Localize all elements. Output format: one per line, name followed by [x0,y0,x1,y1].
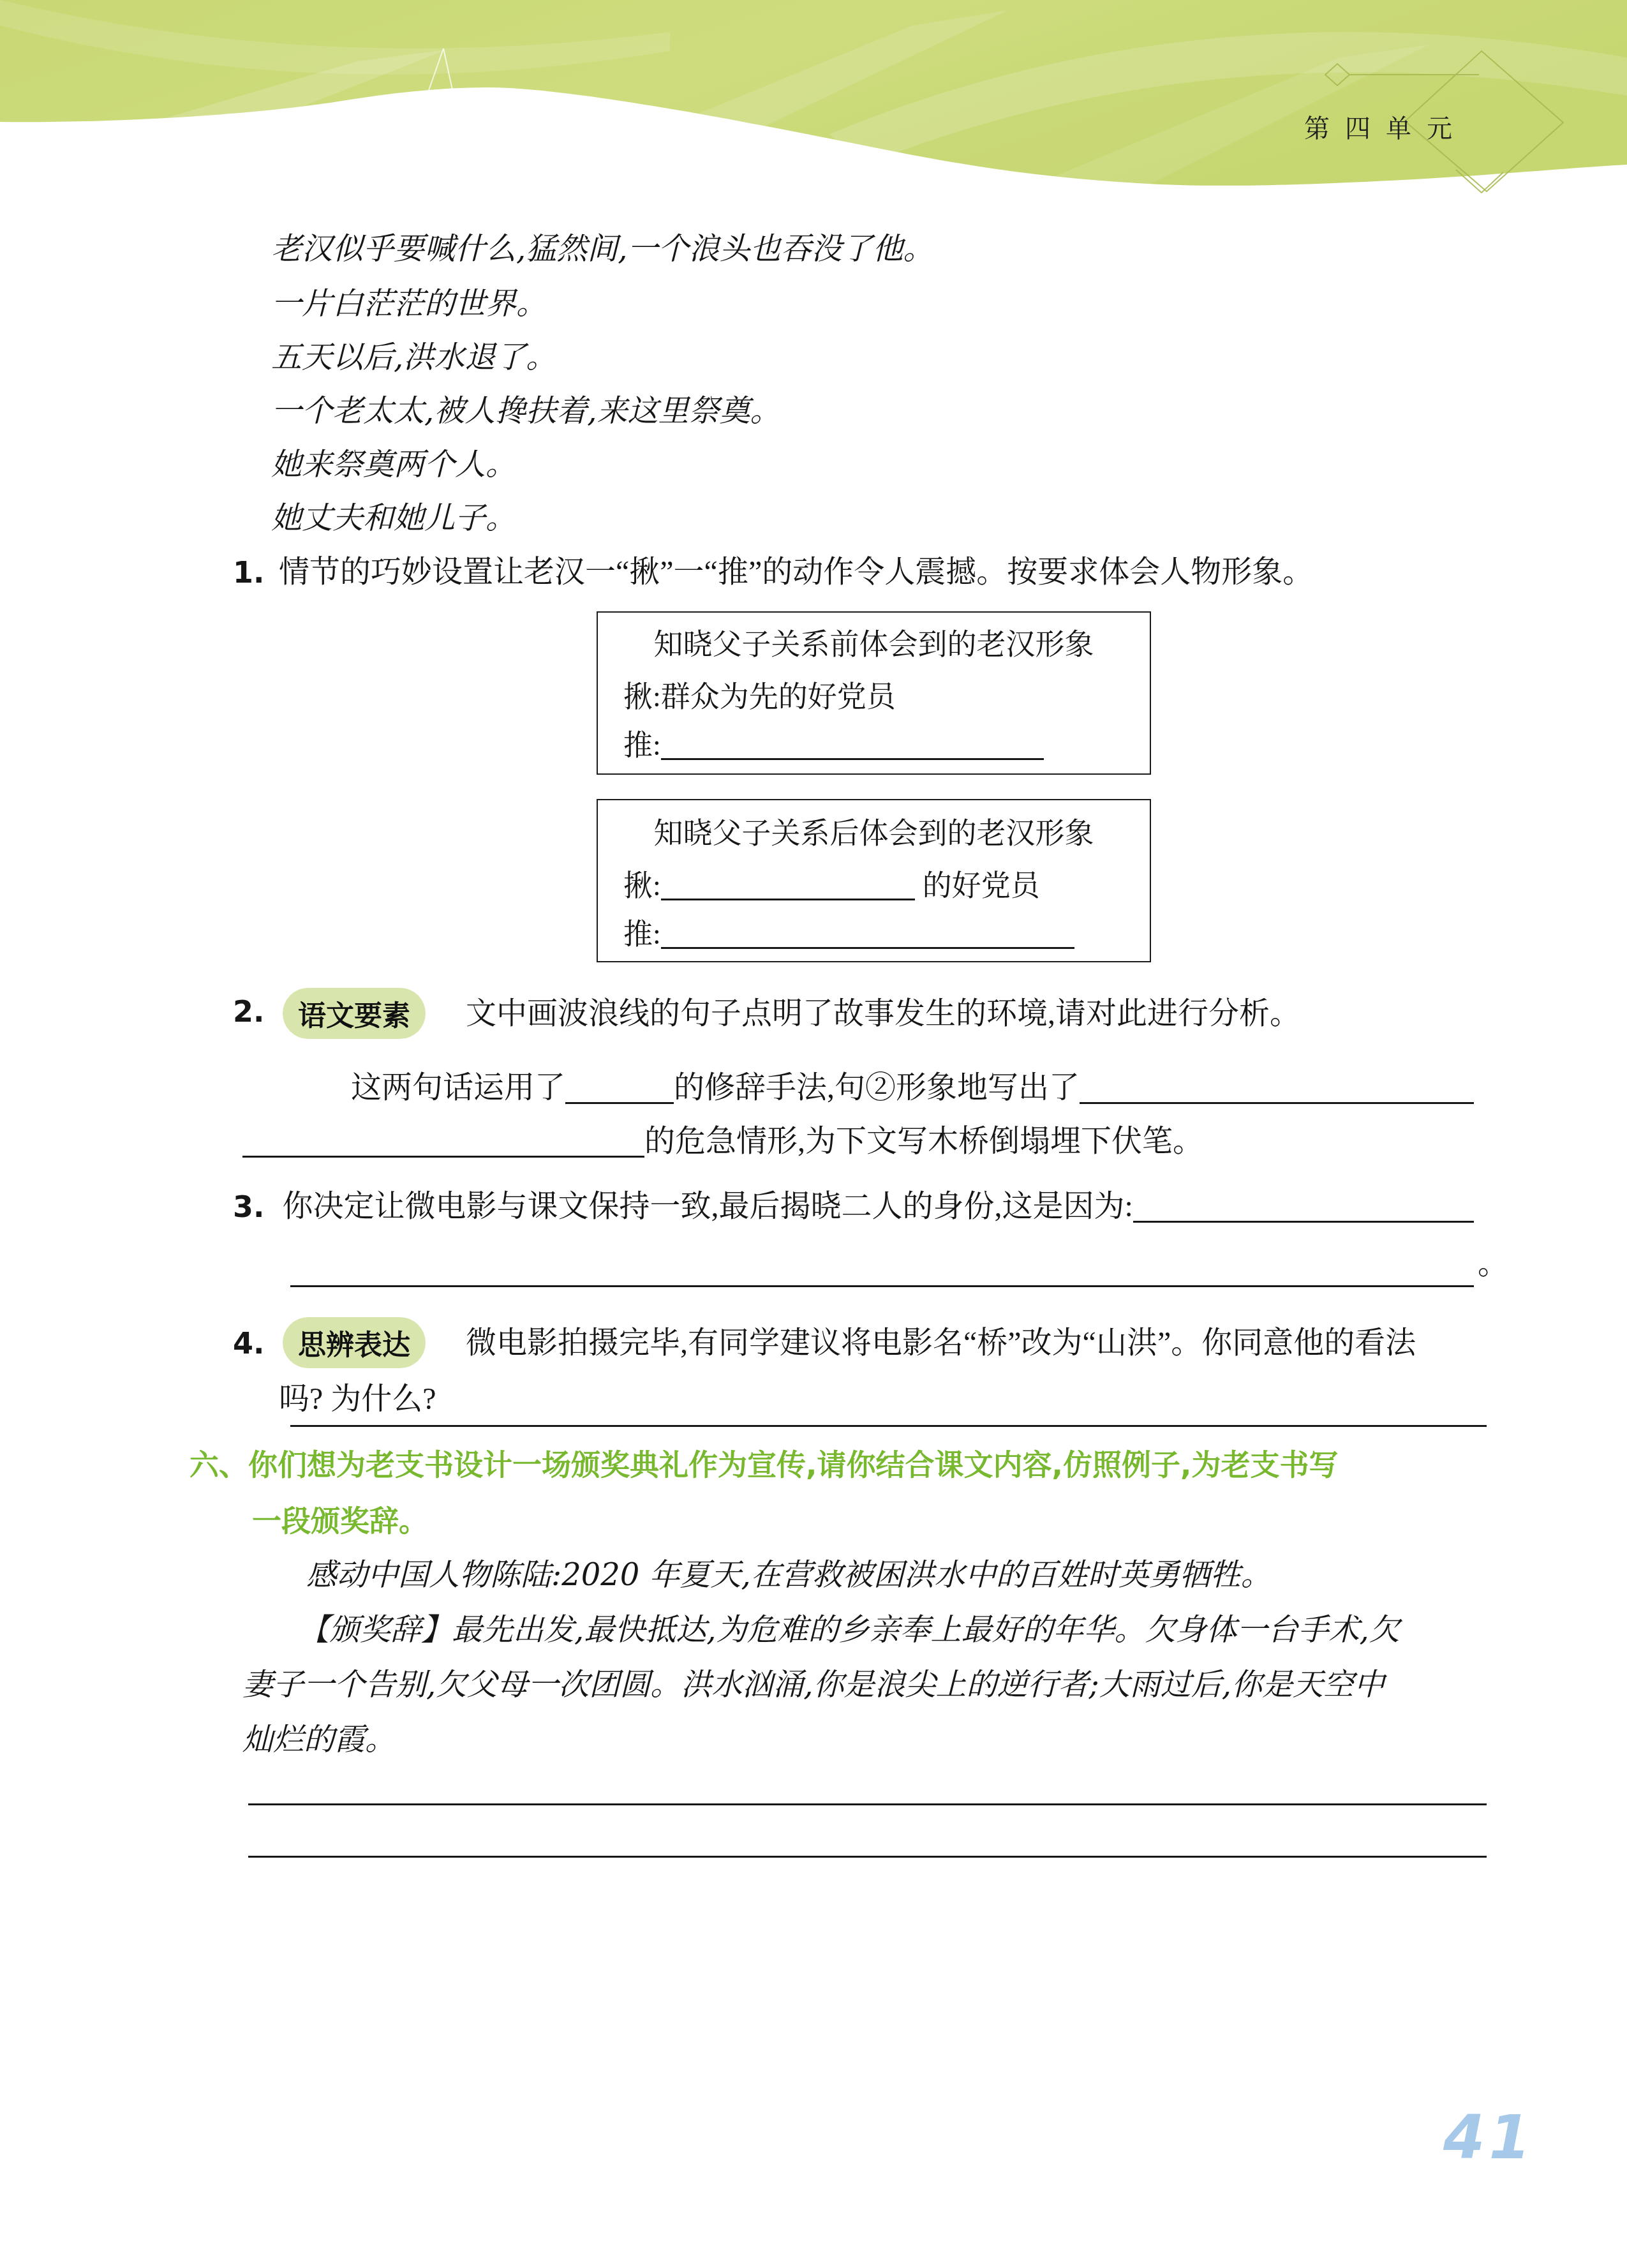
writing-line [248,1803,1487,1805]
writing-line [290,1285,1474,1287]
analysis-box-before: 知晓父子关系前体会到的老汉形象 揪:群众为先的好党员 推: [597,611,1151,775]
section6-heading-line1: 六、你们想为老支书设计一场颁奖典礼作为宣传,请你结合课文内容,仿照例子,为老支书… [189,1447,1338,1482]
box-title: 知晓父子关系后体会到的老汉形象 [598,816,1150,851]
writing-line [290,1425,1487,1427]
passage-line: 她丈夫和她儿子。 [271,500,516,537]
blank-line [242,1124,644,1158]
q2-text: 文中画波浪线的句子点明了故事发生的环境,请对此进行分析。 [466,996,1300,1033]
passage-line: 老汉似乎要喊什么,猛然间,一个浪头也吞没了他。 [271,231,934,268]
box-tui-label: 推: [623,916,661,951]
badge-sibian-biaoda: 思辨表达 [283,1317,426,1368]
passage-line: 五天以后,洪水退了。 [271,339,556,377]
blank-line [1080,1070,1474,1104]
q2-answer-text-1: 这两句话运用了 [351,1070,565,1107]
blank-line [661,726,1044,760]
box-jiu-label: 揪: [623,868,661,903]
example-line: 灿烂的霞。 [242,1722,396,1759]
blank-line [661,867,915,900]
page-number: 41 [1443,2103,1534,2173]
passage-line: 一片白茫茫的世界。 [271,286,547,323]
passage-line: 一个老太太,被人搀扶着,来这里祭奠。 [271,393,781,430]
section6-heading-line2: 一段颁奖辞。 [252,1503,428,1539]
example-line: 妻子一个告别,欠父母一次团圆。洪水汹涌,你是浪尖上的逆行者;大雨过后,你是天空中 [242,1667,1385,1704]
q2-answer-line-1: 这两句话运用了 的修辞手法,句②形象地写出了 [351,1070,1474,1107]
blank-line [1133,1189,1474,1223]
q2-number: 2. [233,994,264,1029]
q3-number: 3. [233,1190,264,1225]
q1-text: 情节的巧妙设置让老汉一“揪”一“推”的动作令人震撼。按要求体会人物形象。 [279,554,1313,591]
example-line: 【颁奖辞】最先出发,最快抵达,为危难的乡亲奉上最好的年华。欠身体一台手术,欠 [299,1612,1400,1649]
unit-title: 第四单元 [1304,108,1467,145]
passage-line: 她来祭奠两个人。 [271,447,516,484]
q4-text-line1: 微电影拍摄完毕,有同学建议将电影名“桥”改为“山洪”。你同意他的看法 [466,1325,1416,1362]
q2-answer-line-2: 的危急情形,为下文写木桥倒塌埋下伏笔。 [242,1123,1203,1160]
box-title: 知晓父子关系前体会到的老汉形象 [598,627,1150,662]
blank-line [661,915,1074,949]
q1-number: 1. [233,555,264,590]
analysis-box-after: 知晓父子关系后体会到的老汉形象 揪: 的好党员 推: [597,799,1151,962]
box-jiu-row: 揪:群众为先的好党员 [623,679,896,714]
workbook-page: 第四单元 老汉似乎要喊什么,猛然间,一个浪头也吞没了他。 一片白茫茫的世界。 五… [0,0,1627,2268]
q4-number: 4. [233,1326,264,1361]
example-line: 感动中国人物陈陆:2020 年夏天,在营救被困洪水中的百姓时英勇牺牲。 [306,1557,1272,1594]
box-tui-label: 推: [623,727,661,763]
writing-line [248,1856,1487,1858]
q3-text: 你决定让微电影与课文保持一致,最后揭晓二人的身份,这是因为: [282,1188,1133,1225]
q3-ending-period: 。 [1478,1246,1508,1283]
box-jiu-suffix: 的好党员 [923,868,1040,903]
blank-line [565,1070,674,1104]
q3-row: 3. 你决定让微电影与课文保持一致,最后揭晓二人的身份,这是因为: [233,1188,1474,1225]
q2-answer-text-2: 的修辞手法,句②形象地写出了 [674,1070,1080,1107]
badge-yuwen-yaosu: 语文要素 [283,988,426,1039]
q4-text-line2: 吗? 为什么? [279,1381,436,1418]
q2-answer-text-3: 的危急情形,为下文写木桥倒塌埋下伏笔。 [644,1123,1203,1160]
